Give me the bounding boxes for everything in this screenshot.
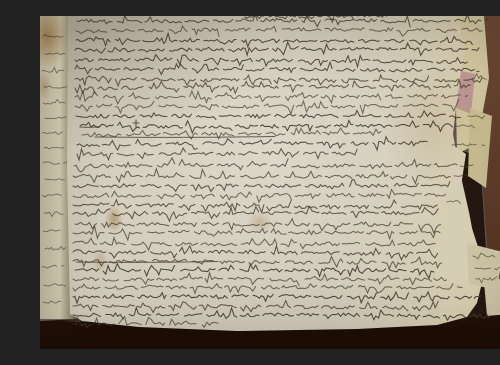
left-margin-snippet <box>43 99 65 104</box>
right-margin-snippet <box>475 267 499 270</box>
ink-text-line <box>73 180 450 192</box>
left-margin-snippet <box>42 265 64 268</box>
left-margin-snippet <box>42 132 62 134</box>
ink-text-line <box>75 62 479 74</box>
ink-text-line <box>76 111 460 120</box>
right-margin-snippet <box>472 74 486 80</box>
ink-text-line <box>75 42 479 55</box>
ink-text-line <box>74 158 457 172</box>
ink-text-line <box>75 100 459 114</box>
left-margin-snippet <box>43 162 67 164</box>
left-margin-snippet <box>44 284 66 287</box>
strikethrough-stroke <box>76 262 218 263</box>
strikethrough-stroke <box>95 137 275 138</box>
ink-text-line <box>73 206 438 221</box>
ink-text-line <box>77 137 427 150</box>
left-margin-snippet <box>45 53 65 55</box>
ink-text-line <box>73 169 450 184</box>
ink-text-line <box>76 33 472 46</box>
right-margin-snippet <box>476 277 497 283</box>
right-margin-snippet <box>447 201 461 204</box>
right-margin-snippet <box>473 253 495 259</box>
ink-text-line <box>75 75 482 86</box>
right-margin-snippet <box>460 165 473 168</box>
manuscript-photo: Photograph of an opened bound manuscript… <box>40 16 500 349</box>
left-margin-snippet <box>43 34 63 37</box>
handwriting-svg <box>40 16 500 349</box>
left-margin-snippet <box>45 246 66 250</box>
left-margin-snippet <box>44 86 67 88</box>
left-margin-snippet <box>43 301 61 303</box>
right-margin-snippet <box>456 125 475 128</box>
ink-text-line <box>73 226 440 240</box>
left-margin-snippet <box>44 212 63 217</box>
ink-text-line <box>73 273 447 286</box>
left-margin-snippet <box>42 67 64 73</box>
right-margin-snippet <box>454 175 469 177</box>
ink-text-line <box>73 317 218 328</box>
strikethrough-stroke <box>80 127 100 128</box>
ink-text-line <box>73 301 438 313</box>
ink-text-line <box>73 307 489 320</box>
ink-text-line <box>77 148 357 160</box>
ink-text-line <box>73 284 462 294</box>
right-margin-snippet <box>468 116 485 119</box>
left-margin-snippet <box>44 147 64 149</box>
ink-text-line <box>75 219 441 233</box>
ink-text-line <box>73 189 446 202</box>
left-margin-snippet <box>43 230 60 232</box>
ink-text-line <box>75 55 467 67</box>
ink-text-line <box>75 264 434 279</box>
ink-text-line <box>73 246 438 260</box>
ink-text-line <box>76 26 482 37</box>
left-margin-snippet <box>42 194 61 197</box>
ink-text-line <box>73 292 481 303</box>
left-margin-snippet <box>45 117 66 119</box>
ink-text-line <box>75 91 468 104</box>
left-margin-snippet <box>45 179 64 180</box>
right-margin-snippet <box>452 144 485 146</box>
